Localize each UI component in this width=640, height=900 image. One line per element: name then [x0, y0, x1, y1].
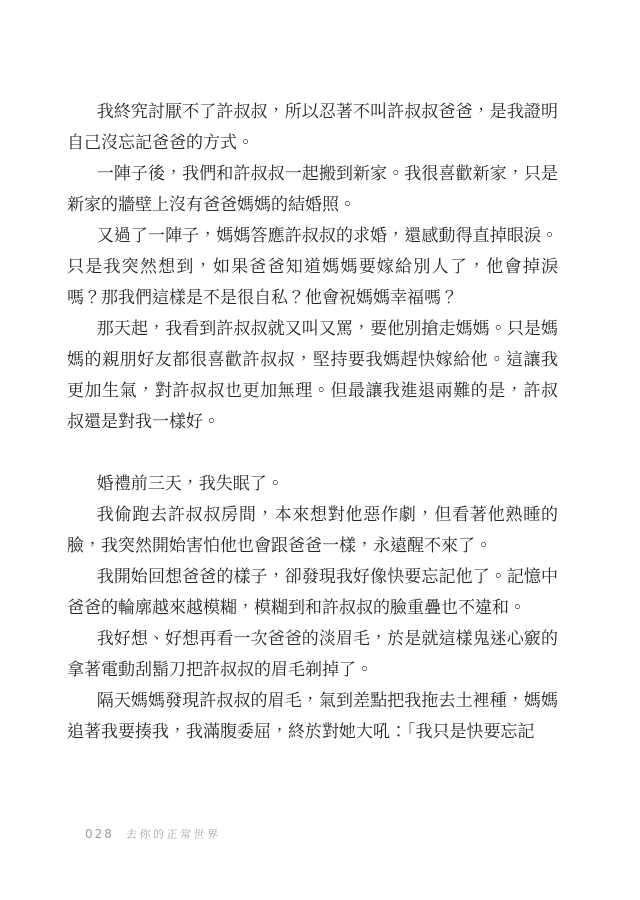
paragraph: 我好想、好想再看一次爸爸的淡眉毛，於是就這樣鬼迷心竅的拿著電動刮鬍刀把許叔叔的眉… [67, 623, 558, 685]
paragraph: 那天起，我看到許叔叔就又叫又罵，要他別搶走媽媽。只是媽媽的親朋好友都很喜歡許叔叔… [67, 313, 558, 437]
paragraph: 隔天媽媽發現許叔叔的眉毛，氣到差點把我拖去土裡種，媽媽追著我要揍我，我滿腹委屈，… [67, 685, 558, 747]
paragraph: 婚禮前三天，我失眠了。 [67, 468, 558, 499]
paragraph: 我開始回想爸爸的樣子，卻發現我好像快要忘記他了。記憶中爸爸的輪廓越來越模糊，模糊… [67, 561, 558, 623]
paragraph: 一陣子後，我們和許叔叔一起搬到新家。我很喜歡新家，只是新家的牆壁上沒有爸爸媽媽的… [67, 158, 558, 220]
page-number: 028 [85, 827, 114, 841]
book-page: 我終究討厭不了許叔叔，所以忍著不叫許叔叔爸爸，是我證明自己沒忘記爸爸的方式。 一… [0, 0, 640, 900]
page-footer: 028 去你的正常世界 [85, 826, 220, 842]
page-text: 我終究討厭不了許叔叔，所以忍著不叫許叔叔爸爸，是我證明自己沒忘記爸爸的方式。 一… [67, 96, 558, 747]
paragraph: 我終究討厭不了許叔叔，所以忍著不叫許叔叔爸爸，是我證明自己沒忘記爸爸的方式。 [67, 96, 558, 158]
book-title: 去你的正常世界 [125, 826, 221, 842]
paragraph: 我偷跑去許叔叔房間，本來想對他惡作劇，但看著他熟睡的臉，我突然開始害怕他也會跟爸… [67, 499, 558, 561]
paragraph: 又過了一陣子，媽媽答應許叔叔的求婚，還感動得直掉眼淚。只是我突然想到，如果爸爸知… [67, 220, 558, 313]
